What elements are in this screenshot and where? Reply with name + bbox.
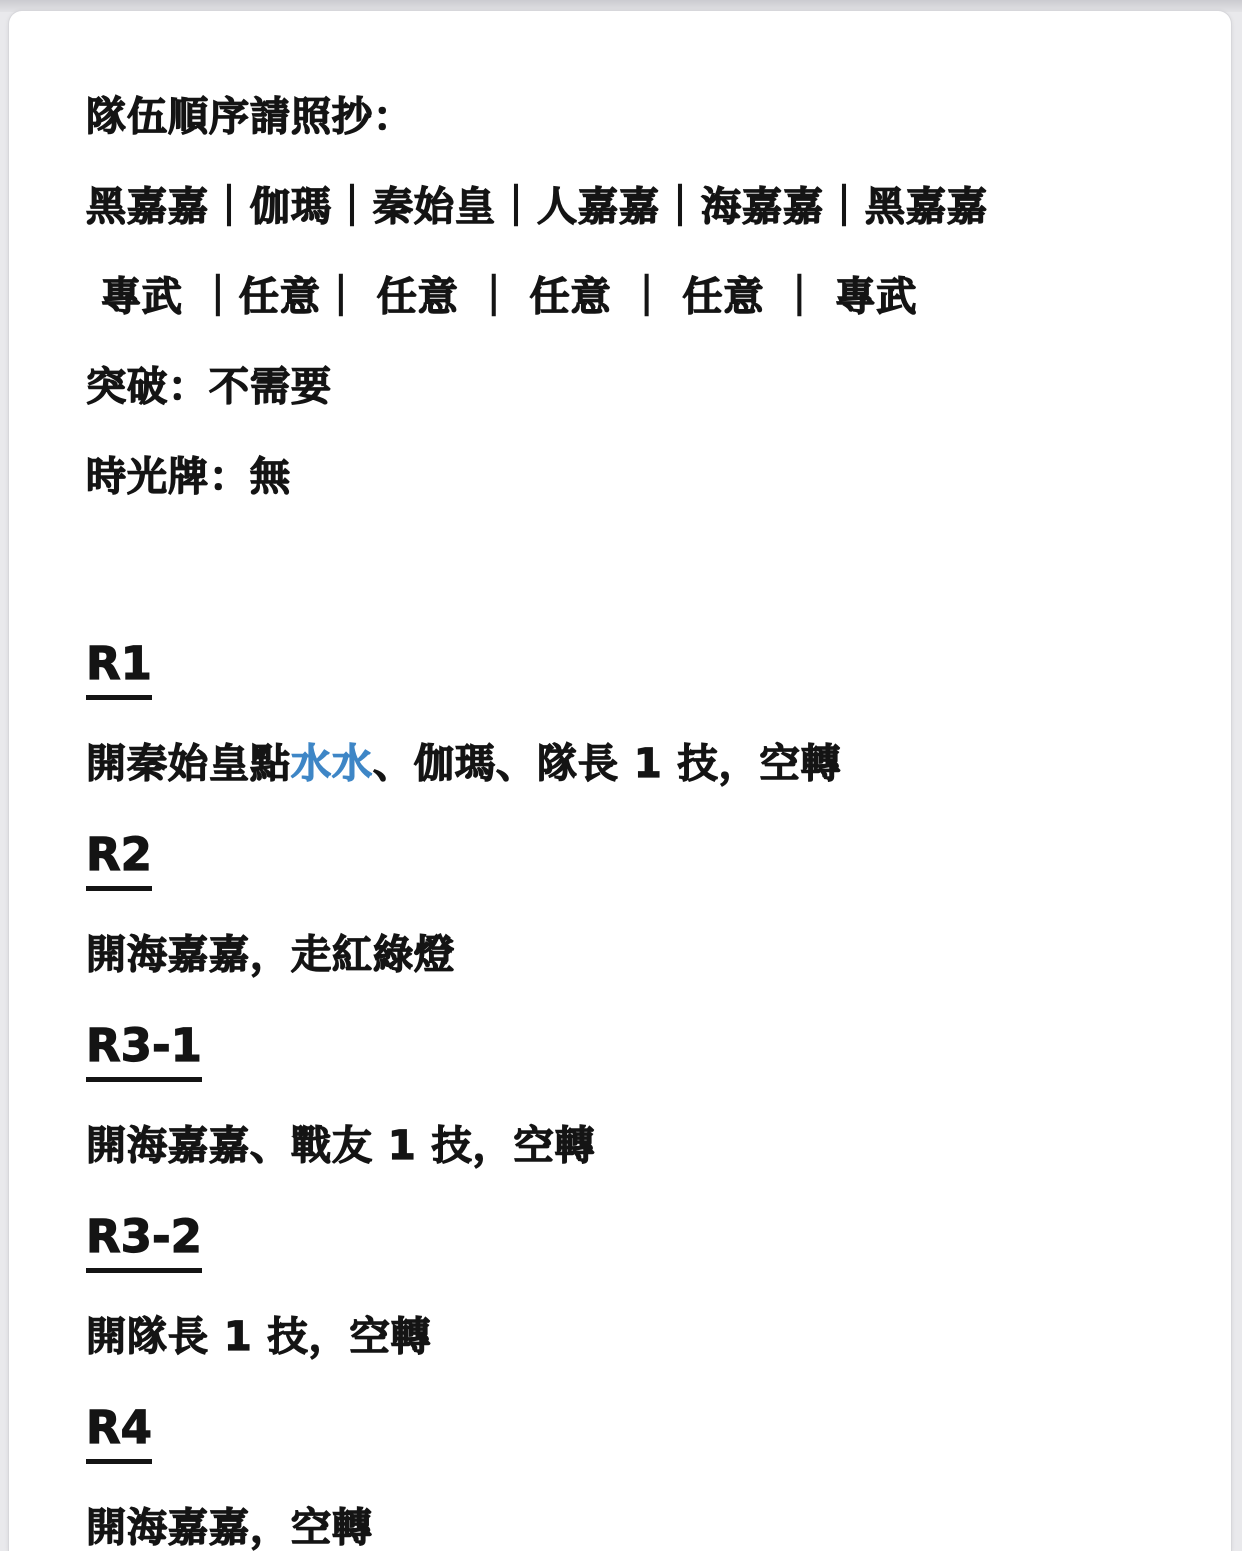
shuishui-link[interactable]: 水水 [291, 741, 373, 787]
time-card-line: 時光牌：無 [86, 453, 1171, 501]
document-viewer: 隊伍順序請照抄： 黑嘉嘉｜伽瑪｜秦始皇｜人嘉嘉｜海嘉嘉｜黑嘉嘉 專武 ｜任意｜ … [0, 0, 1242, 1551]
document-page: 隊伍順序請照抄： 黑嘉嘉｜伽瑪｜秦始皇｜人嘉嘉｜海嘉嘉｜黑嘉嘉 專武 ｜任意｜ … [8, 10, 1232, 1551]
round-heading-r3-1: R3-1 [86, 1021, 1171, 1082]
round-body-r1: 開秦始皇點水水、伽瑪、隊長 1 技，空轉 [86, 740, 1171, 788]
r1-body-suffix: 、伽瑪、隊長 1 技，空轉 [373, 741, 842, 787]
round-heading-r3-2: R3-2 [86, 1212, 1171, 1273]
round-body-r2: 開海嘉嘉，走紅綠燈 [86, 931, 1171, 979]
team-order-title: 隊伍順序請照抄： [86, 93, 1171, 141]
document-content: 隊伍順序請照抄： 黑嘉嘉｜伽瑪｜秦始皇｜人嘉嘉｜海嘉嘉｜黑嘉嘉 專武 ｜任意｜ … [9, 11, 1231, 1551]
weapon-row: 專武 ｜任意｜ 任意 ｜ 任意 ｜ 任意 ｜ 專武 [86, 273, 1171, 321]
round-heading-r4: R4 [86, 1403, 1171, 1464]
empty-paragraph [86, 543, 1171, 639]
r1-body-prefix: 開秦始皇點 [86, 741, 291, 787]
round-body-r3-1: 開海嘉嘉、戰友 1 技，空轉 [86, 1122, 1171, 1170]
round-body-r4: 開海嘉嘉，空轉 [86, 1504, 1171, 1551]
round-heading-r1: R1 [86, 639, 1171, 700]
team-lineup-row: 黑嘉嘉｜伽瑪｜秦始皇｜人嘉嘉｜海嘉嘉｜黑嘉嘉 [86, 183, 1171, 231]
round-body-r3-2: 開隊長 1 技，空轉 [86, 1313, 1171, 1361]
round-heading-r2: R2 [86, 830, 1171, 891]
breakthrough-line: 突破：不需要 [86, 363, 1171, 411]
